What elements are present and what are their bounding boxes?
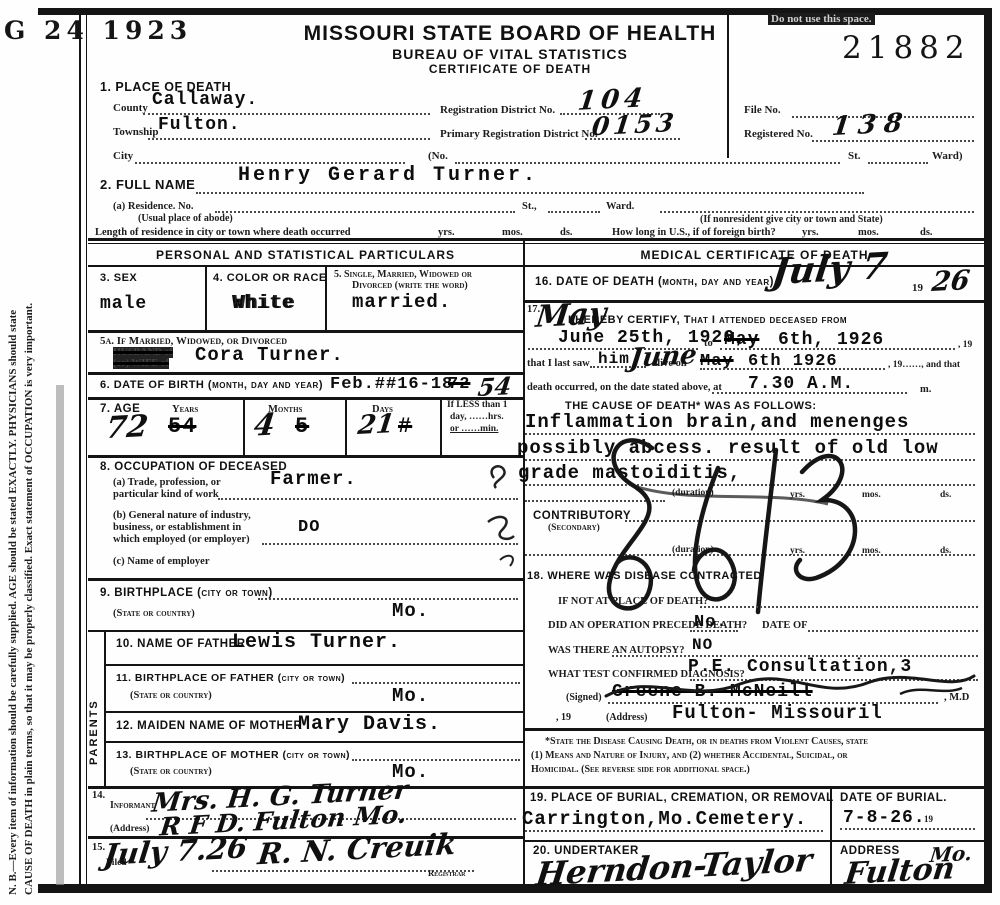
parents-rotated-label: PARENTS — [88, 655, 100, 765]
item-15-number: 15. — [92, 842, 105, 853]
occupation-b-label-2: business, or establishment in — [113, 522, 241, 533]
last-saw-label: that I last saw — [527, 358, 590, 369]
full-name-line — [196, 192, 864, 194]
footnote-line-1: *State the Disease Causing Death, or in … — [545, 736, 868, 747]
dob-typed-value: Feb.##16-18 — [330, 375, 453, 394]
death-time-value: 7.30 A.M. — [748, 374, 854, 394]
occupation-a-label-2: particular kind of work — [113, 489, 219, 500]
alive-on-script: June — [628, 340, 698, 374]
husband-of-label: HUSBAND of — [113, 347, 173, 358]
length-mos-label: mos. — [502, 227, 523, 238]
footnote-line-3: Homicidal. (See reverse side for additio… — [531, 764, 750, 775]
us-yrs-label: yrs. — [802, 227, 819, 238]
birthplace-label: 9. BIRTHPLACE (city or town) — [100, 587, 273, 599]
signed-address-label: (Address) — [606, 712, 647, 723]
certify-text: I HEREBY CERTIFY, That I attended deceas… — [568, 314, 847, 326]
burial-place-label: 19. PLACE OF BURIAL, CREMATION, OR REMOV… — [530, 792, 834, 804]
date-of-death-year: 26 — [930, 265, 971, 298]
wife-of-label: (or) WIFE of — [113, 358, 169, 369]
duration2-ds: ds. — [940, 546, 951, 556]
father-birthplace-label: 11. BIRTHPLACE OF FATHER (city or town) — [116, 672, 345, 684]
signed-label: (Signed) — [566, 692, 602, 703]
bureau-subtitle: BUREAU OF VITAL STATISTICS — [300, 46, 720, 62]
certificate-number: 21882 — [842, 30, 971, 66]
columns-top-rule2 — [88, 243, 984, 244]
comma-19c: , 19 — [556, 712, 571, 723]
length-yrs-label: yrs. — [438, 227, 455, 238]
father-birthplace-line — [352, 682, 520, 684]
us-ds-label: ds. — [920, 227, 933, 238]
primary-district-value: 0153 — [590, 108, 679, 142]
how-long-us-label: How long in U.S., if of foreign birth? — [612, 227, 776, 238]
age-divider-2 — [345, 397, 347, 455]
item-14-number: 14. — [92, 790, 105, 801]
occupation-a-line — [218, 498, 518, 500]
attended-to-label: to — [704, 338, 713, 349]
if-not-place-line — [700, 606, 978, 608]
age-years-value: 72 — [104, 409, 150, 446]
date-of-label: DATE OF — [762, 620, 808, 631]
father-birthplace-sub: (State or country) — [130, 690, 212, 701]
personal-section-title: PERSONAL AND STATISTICAL PARTICULARS — [88, 248, 523, 262]
do-not-use-note: Do not use this space. — [768, 13, 875, 25]
informant-label: Informant — [110, 800, 155, 811]
residence-st-label: St., — [522, 201, 537, 212]
date-of-line — [808, 630, 978, 632]
length-ds-label: ds. — [560, 227, 573, 238]
signed-address-value: Fulton- Missouril — [672, 702, 883, 724]
occupation-b-label-1: (b) General nature of industry, — [113, 510, 251, 521]
scan-artifact-strip — [56, 385, 64, 885]
burial-place-value: Carrington,Mo.Cemetery. — [522, 808, 807, 830]
rule-under-row5 — [88, 330, 523, 333]
race-label: 4. COLOR OR RACE — [213, 272, 327, 284]
rule-under-burial — [523, 840, 984, 842]
death-time-line — [712, 392, 907, 394]
age-days-struck: # — [398, 414, 412, 439]
age-divider-1 — [243, 397, 245, 455]
rule-under-mother — [104, 741, 523, 743]
rule-under-occupation — [88, 578, 523, 581]
us-mos-label: mos. — [858, 227, 879, 238]
date-of-death-label: 16. DATE OF DEATH (month, day and year) — [535, 276, 774, 288]
father-name-value: Lewis Turner. — [232, 631, 401, 654]
township-line — [148, 138, 430, 140]
undertaker-address-value: Fulton — [843, 851, 957, 892]
city-st-line — [868, 162, 928, 164]
age-years-struck: 54 — [168, 414, 196, 439]
sex-label: 3. SEX — [100, 272, 137, 284]
autopsy-value: NO — [692, 636, 713, 654]
spouse-name-value: Cora Turner. — [195, 344, 344, 366]
margin-note-line2: CAUSE OF DEATH in plain terms, so that i… — [22, 40, 37, 895]
city-ward-label: Ward) — [932, 150, 963, 162]
m-label: m. — [920, 384, 931, 395]
mother-birthplace-line — [352, 759, 520, 761]
mother-birthplace-label: 13. BIRTHPLACE OF MOTHER (city or town) — [116, 749, 350, 761]
occupation-a-value: Farmer. — [270, 468, 357, 490]
parents-inner-border — [104, 630, 106, 786]
birthplace-sub-label: (State or country) — [113, 608, 195, 619]
township-label: Township — [113, 126, 158, 138]
death-occurred-label: death occurred, on the date stated above… — [527, 382, 722, 393]
where-contracted-label: 18. WHERE WAS DISEASE CONTRACTED — [527, 570, 762, 582]
race-value: White — [232, 292, 294, 314]
age-days-value: 21 — [356, 409, 396, 441]
certificate-subtitle: CERTIFICATE OF DEATH — [300, 62, 720, 76]
handwritten-scrawl — [590, 420, 880, 625]
primary-district-label: Primary Registration District No. — [440, 128, 598, 140]
birthplace-line — [258, 598, 518, 600]
abode-note: (Usual place of abode) — [138, 213, 233, 224]
nonresident-note: (If nonresident give city or town and St… — [700, 214, 883, 225]
full-name-value: Henry Gerard Turner. — [238, 164, 538, 187]
sex-value: male — [100, 294, 147, 314]
primary-district-line — [585, 138, 680, 140]
burial-date-label: DATE OF BURIAL. — [840, 792, 947, 804]
age-months-value: 4 — [252, 407, 277, 443]
city-st-label: St. — [848, 150, 861, 162]
if-less-label-2: day, ……hrs. — [450, 412, 504, 422]
occupation-c-label: (c) Name of employer — [113, 556, 210, 567]
township-value: Fulton. — [158, 115, 241, 135]
burial-date-line — [840, 828, 975, 830]
full-name-label: 2. FULL NAME — [100, 177, 195, 192]
residence-label: (a) Residence. No. — [113, 201, 193, 212]
footnote-line-2: (1) Means and Nature of Injury, and (2) … — [531, 750, 848, 761]
marital-value: married. — [352, 291, 451, 313]
city-label: City — [113, 150, 133, 162]
border-left-inner — [86, 8, 87, 885]
residence-st-line — [548, 211, 600, 213]
rule-above-footnote — [523, 728, 984, 731]
operation-line — [690, 630, 738, 632]
age-months-struck: 5 — [295, 414, 309, 439]
marital-label-1: 5. Single, Married, Widowed or — [334, 269, 472, 280]
registration-district-label: Registration District No. — [440, 104, 555, 116]
medical-section-title: MEDICAL CERTIFICATE OF DEATH — [525, 248, 984, 262]
rule-above-burial — [523, 786, 984, 789]
attended-to-line — [720, 348, 955, 350]
city-no-label: (No. — [428, 150, 448, 162]
marital-label-2: Divorced (write the word) — [352, 280, 468, 291]
rule-under-age — [88, 455, 523, 458]
border-left-outer — [79, 8, 81, 885]
dob-label: 6. DATE OF BIRTH (month, day and year) — [100, 379, 323, 391]
filed-date-script: July 7.26 — [102, 830, 249, 872]
if-not-place-label: IF NOT AT PLACE OF DEATH? — [558, 596, 708, 607]
date-of-death-19: 19 — [912, 282, 923, 294]
mother-name-label: 12. MAIDEN NAME OF MOTHER — [116, 720, 302, 732]
burial-date-19: 19 — [924, 814, 933, 824]
rule-under-father — [104, 664, 523, 666]
registrar-label: Registrar — [428, 868, 465, 878]
length-residence-label: Length of residence in city or town wher… — [95, 227, 351, 238]
attended-to-value: 6th, 1926 — [778, 330, 884, 350]
registered-no-line — [812, 140, 974, 142]
informant-address-label: (Address) — [110, 824, 149, 834]
board-title: MISSOURI STATE BOARD OF HEALTH — [300, 22, 720, 46]
comma-19b: , 19……, and that — [888, 360, 960, 370]
occupation-b-label-3: which employed (or employer) — [113, 534, 250, 545]
county-value: Callaway. — [152, 90, 258, 110]
father-birthplace-value: Mo. — [392, 685, 429, 707]
residence-ward-label: Ward. — [606, 201, 634, 212]
registered-no-value: 138 — [830, 108, 912, 142]
registered-no-label: Registered No. — [744, 128, 813, 140]
alive-on-line — [700, 368, 885, 370]
residence-ward-line — [660, 211, 974, 213]
residence-line — [215, 211, 515, 213]
attended-to-struck: May — [724, 330, 759, 350]
age-divider-3 — [440, 397, 442, 455]
burial-date-value: 7-8-26. — [843, 808, 926, 828]
death-certificate-scan: G 24 1923 N. B.—Every item of informatio… — [0, 0, 1000, 905]
birthplace-value: Mo. — [392, 600, 429, 622]
duration1-ds: ds. — [940, 490, 951, 500]
columns-top-rule — [88, 238, 984, 241]
father-name-label: 10. NAME OF FATHER — [116, 638, 246, 650]
mother-name-value: Mary Davis. — [298, 713, 441, 736]
dob-struck-value: 72 — [448, 375, 470, 394]
date-of-death-script: July 7 — [769, 245, 889, 293]
header-divider — [727, 10, 729, 158]
burial-place-line — [525, 830, 823, 832]
sex-race-divider — [205, 265, 207, 330]
file-no-label: File No. — [744, 104, 781, 116]
occupation-title: 8. OCCUPATION OF DECEASED — [100, 461, 287, 473]
margin-note-line1: N. B.—Every item of information should b… — [6, 40, 21, 895]
if-less-label-1: If LESS than 1 — [447, 400, 507, 410]
mother-birthplace-sub: (State or country) — [130, 766, 212, 777]
md-label: , M.D — [944, 692, 969, 703]
occupation-b-value: DO — [298, 518, 320, 537]
if-less-label-3: or ……min. — [450, 424, 498, 434]
comma-19a: , 19 — [958, 340, 972, 350]
occupation-a-label-1: (a) Trade, profession, or — [113, 477, 221, 488]
border-right — [984, 8, 992, 893]
